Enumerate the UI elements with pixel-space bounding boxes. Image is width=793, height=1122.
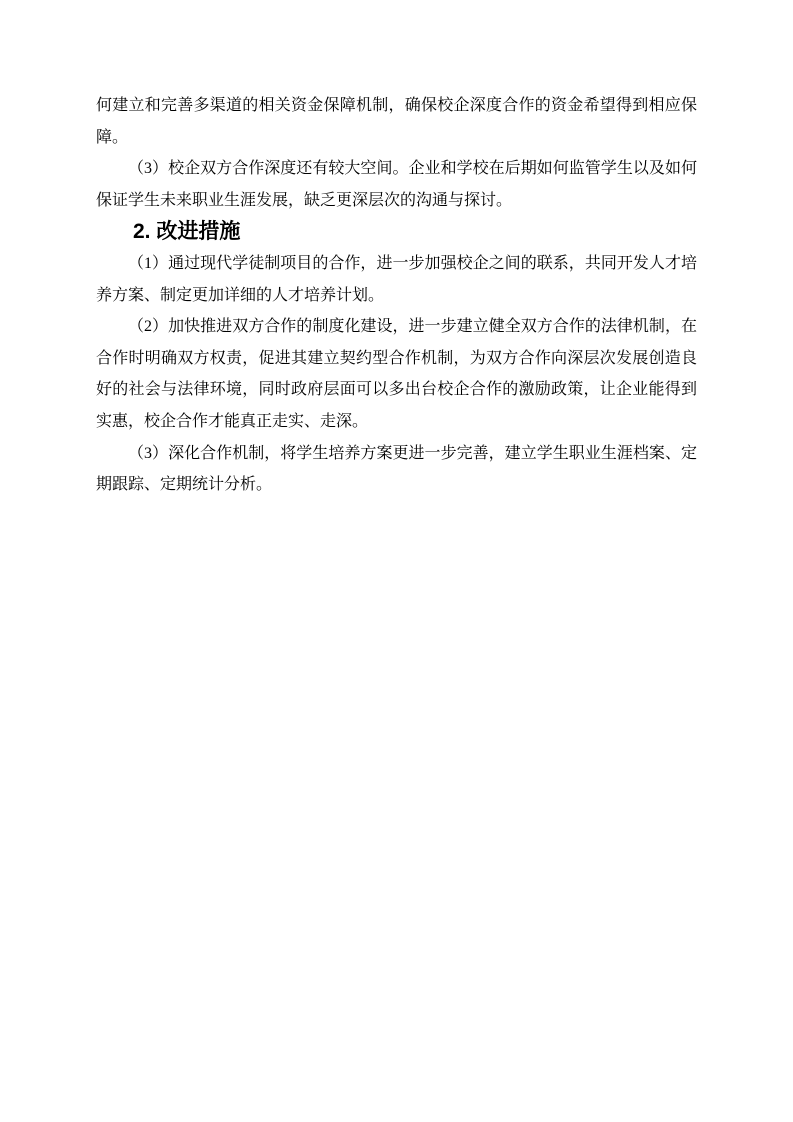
paragraph-funding-guarantee-continuation: 何建立和完善多渠道的相关资金保障机制，确保校企深度合作的资金希望得到相应保障。 (96, 90, 697, 153)
paragraph-measure-2: （2）加快推进双方合作的制度化建设，进一步建立健全双方合作的法律机制，在合作时明… (96, 311, 697, 437)
section-heading-improvement-measures: 2. 改进措施 (96, 216, 697, 248)
paragraph-problem-3: （3）校企双方合作深度还有较大空间。企业和学校在后期如何监管学生以及如何保证学生… (96, 153, 697, 216)
document-page: 何建立和完善多渠道的相关资金保障机制，确保校企深度合作的资金希望得到相应保障。 … (0, 0, 793, 1122)
paragraph-measure-3: （3）深化合作机制，将学生培养方案更进一步完善，建立学生职业生涯档案、定期跟踪、… (96, 438, 697, 501)
paragraph-measure-1: （1）通过现代学徒制项目的合作，进一步加强校企之间的联系，共同开发人才培养方案、… (96, 248, 697, 311)
